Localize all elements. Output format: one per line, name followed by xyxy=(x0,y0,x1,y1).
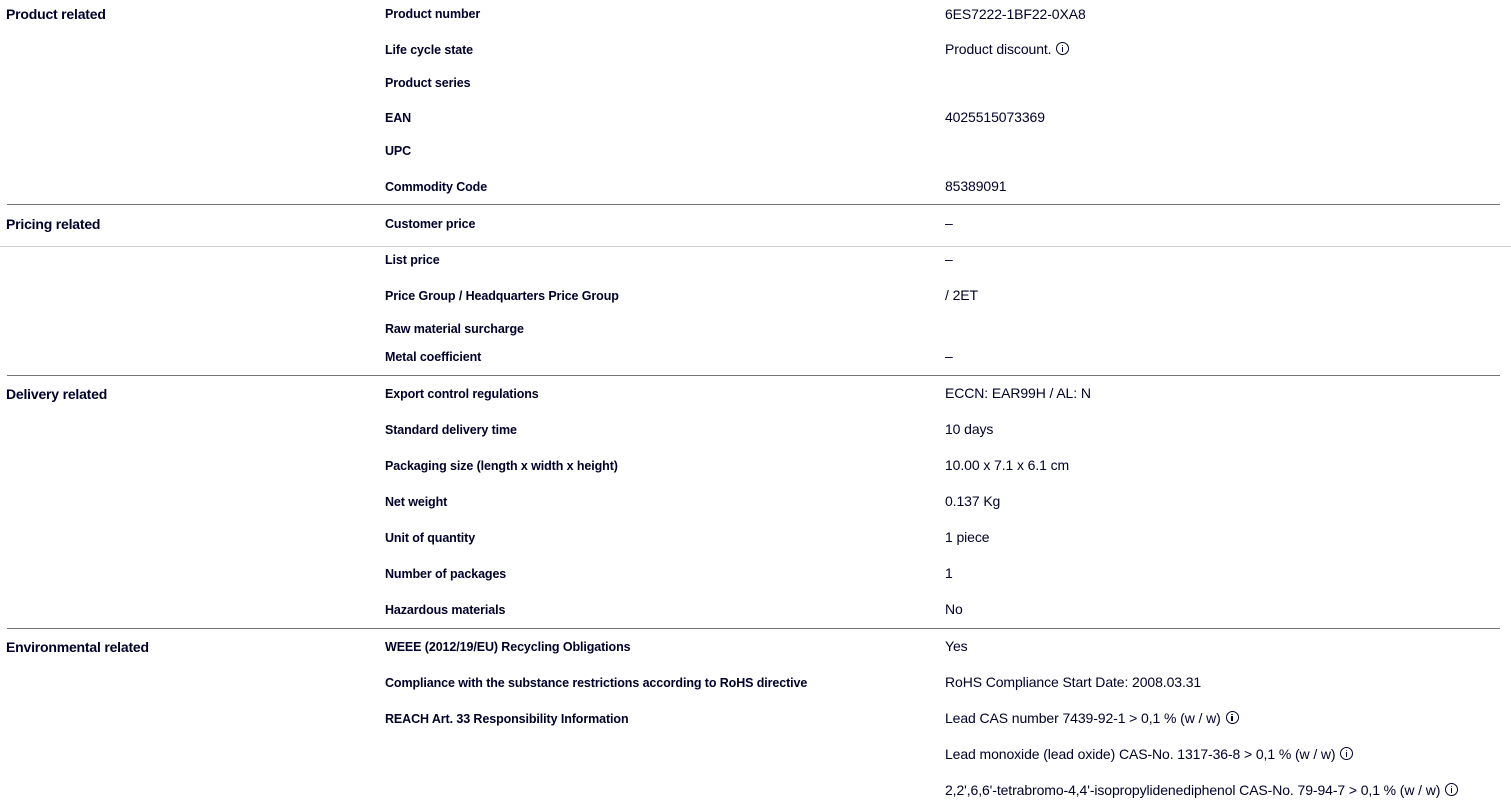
row-value: 1 piece xyxy=(945,529,989,545)
row-value: Lead CAS number 7439-92-1 > 0,1 % (w / w… xyxy=(945,710,1221,726)
row-label: Export control regulations xyxy=(385,387,539,401)
row-value-with-info: Lead monoxide (lead oxide) CAS-No. 1317-… xyxy=(945,746,1353,762)
row-label: Product number xyxy=(385,7,480,21)
row-value: – xyxy=(945,215,953,231)
row-label: Net weight xyxy=(385,495,447,509)
row-label: Unit of quantity xyxy=(385,531,475,545)
row-value-with-info: 2,2',6,6'-tetrabromo-4,4'-isopropylidene… xyxy=(945,782,1458,798)
row-value: RoHS Compliance Start Date: 2008.03.31 xyxy=(945,674,1201,690)
row-value-with-info: Lead CAS number 7439-92-1 > 0,1 % (w / w… xyxy=(945,710,1239,726)
row-label: WEEE (2012/19/EU) Recycling Obligations xyxy=(385,640,630,654)
row-value: / 2ET xyxy=(945,287,978,303)
row-value: ECCN: EAR99H / AL: N xyxy=(945,385,1091,401)
info-icon[interactable] xyxy=(1056,42,1069,55)
section-title: Environmental related xyxy=(6,639,149,655)
row-label: UPC xyxy=(385,144,411,158)
row-label: Packaging size (length x width x height) xyxy=(385,459,618,473)
section-title: Delivery related xyxy=(6,386,107,402)
info-icon[interactable] xyxy=(1445,783,1458,796)
row-label: Product series xyxy=(385,76,470,90)
row-value: Product discount. xyxy=(945,41,1051,57)
info-icon[interactable] xyxy=(1226,711,1239,724)
row-value: 85389091 xyxy=(945,178,1007,194)
row-value: 10 days xyxy=(945,421,993,437)
row-label: Price Group / Headquarters Price Group xyxy=(385,289,619,303)
row-label: Standard delivery time xyxy=(385,423,517,437)
row-value: 6ES7222-1BF22-0XA8 xyxy=(945,6,1086,22)
info-icon[interactable] xyxy=(1340,747,1353,760)
row-value: – xyxy=(945,348,953,364)
row-value: – xyxy=(945,251,953,267)
row-label: List price xyxy=(385,253,440,267)
section-divider xyxy=(7,628,1500,629)
row-value: 0.137 Kg xyxy=(945,493,1000,509)
row-value: Yes xyxy=(945,638,968,654)
row-value: Lead monoxide (lead oxide) CAS-No. 1317-… xyxy=(945,746,1335,762)
row-value-with-info: Product discount. xyxy=(945,41,1069,57)
section-title: Pricing related xyxy=(6,216,100,232)
row-value: 1 xyxy=(945,565,953,581)
row-label: Compliance with the substance restrictio… xyxy=(385,676,807,690)
row-label: Raw material surcharge xyxy=(385,322,524,336)
row-label: Hazardous materials xyxy=(385,603,505,617)
section-divider xyxy=(7,375,1500,376)
row-label: EAN xyxy=(385,111,411,125)
row-value: 10.00 x 7.1 x 6.1 cm xyxy=(945,457,1069,473)
row-value: 2,2',6,6'-tetrabromo-4,4'-isopropylidene… xyxy=(945,782,1440,798)
row-value: No xyxy=(945,601,963,617)
row-divider xyxy=(0,246,1511,247)
row-value: 4025515073369 xyxy=(945,109,1045,125)
row-label: Metal coefficient xyxy=(385,350,481,364)
row-label: REACH Art. 33 Responsibility Information xyxy=(385,712,628,726)
section-title: Product related xyxy=(6,6,106,22)
row-label: Customer price xyxy=(385,217,475,231)
row-label: Commodity Code xyxy=(385,180,487,194)
row-label: Number of packages xyxy=(385,567,506,581)
row-label: Life cycle state xyxy=(385,43,473,57)
section-divider xyxy=(7,204,1500,205)
